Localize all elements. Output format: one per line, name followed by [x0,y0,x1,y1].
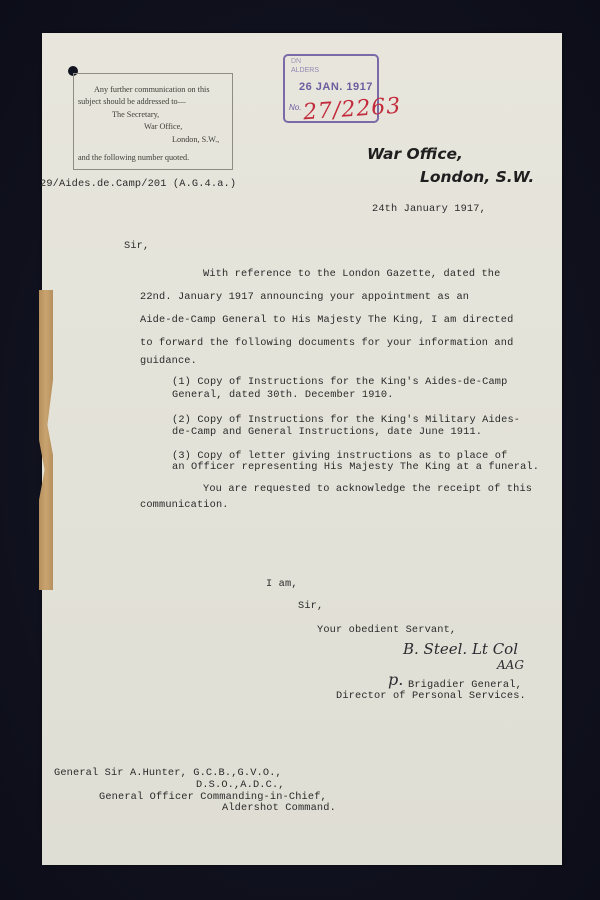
stamp-line: DN [291,58,301,65]
enclosure-1: General, dated 30th. December 1910. [172,389,394,401]
box-line: and the following number quoted. [78,152,189,163]
stamp-date: 26 JAN. 1917 [299,81,373,93]
body-line: guidance. [140,355,197,367]
reference-number: 29/Aides.de.Camp/201 (A.G.4.a.) [40,178,236,190]
signoff-line: Sir, [298,600,323,612]
closing-request: You are requested to acknowledge the rec… [203,483,532,495]
letterhead-line1: War Office, [367,145,463,163]
signoff-line: I am, [266,578,298,590]
signature-sub: AAG [497,658,524,672]
salutation: Sir, [124,240,149,252]
signoff-line: Your obedient Servant, [317,624,456,636]
enclosure-3: an Officer representing His Majesty The … [172,461,539,473]
body-line: With reference to the London Gazette, da… [203,268,500,280]
body-line: Aide-de-Camp General to His Majesty The … [140,314,513,326]
enclosure-2: de-Camp and General Instructions, date J… [172,426,482,438]
box-line: London, S.W., [172,134,219,145]
body-line: to forward the following documents for y… [140,337,513,349]
stamp-no-label: No. [289,103,301,112]
stamp-line: ALDERS [291,67,319,74]
body-line: 22nd. January 1917 announcing your appoi… [140,291,469,303]
per-mark: p. [388,670,403,689]
addressee-line: Aldershot Command. [222,802,336,814]
addressee-line: General Sir A.Hunter, G.C.B.,G.V.O., [54,767,282,779]
closing-request: communication. [140,499,229,511]
box-line: The Secretary, [112,109,159,120]
box-line: War Office, [144,121,182,132]
letter-date: 24th January 1917, [372,203,486,215]
box-line: Any further communication on this [94,84,210,95]
enclosure-1: (1) Copy of Instructions for the King's … [172,376,507,388]
box-line: subject should be addressed to— [78,96,186,107]
enclosure-2: (2) Copy of Instructions for the King's … [172,414,520,426]
letterhead-line2: London, S.W. [420,168,534,186]
correspondence-instructions-box: Any further communication on this subjec… [73,73,233,170]
addressee-line: D.S.O.,A.D.C., [196,779,285,791]
signature: B. Steel. Lt Col [403,640,518,658]
signatory-title: Director of Personal Services. [336,690,526,702]
